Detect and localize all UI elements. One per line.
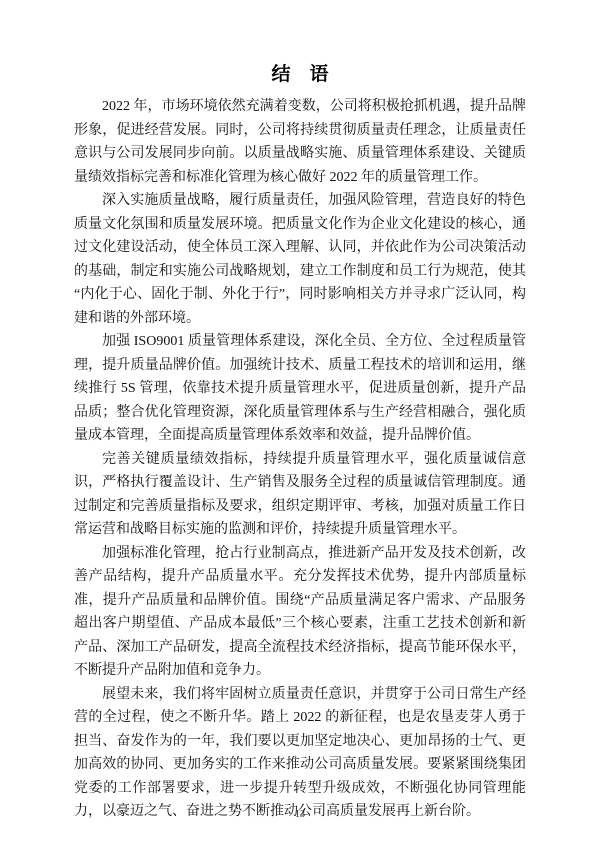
paragraph: 完善关键质量绩效指标，持续提升质量管理水平，强化质量诚信意识，严格执行覆盖设计、… [74, 448, 526, 542]
paragraph: 深入实施质量战略，履行质量责任，加强风险管理，营造良好的特色质量文化氛围和质量发… [74, 189, 526, 330]
document-body: 2022 年，市场环境依然充满着变数，公司将积极抢抓机遇，提升品牌形象，促进经营… [74, 95, 526, 824]
paragraph: 2022 年，市场环境依然充满着变数，公司将积极抢抓机遇，提升品牌形象，促进经营… [74, 95, 526, 189]
document-page: 结 语 2022 年，市场环境依然充满着变数，公司将积极抢抓机遇，提升品牌形象，… [0, 0, 600, 849]
paragraph: 展望未来，我们将牢固树立质量责任意识，并贯穿于公司日常生产经营的全过程，使之不断… [74, 683, 526, 824]
page-number: 13 [0, 808, 600, 822]
paragraph: 加强 ISO9001 质量管理体系建设，深化全员、全方位、全过程质量管理，提升质… [74, 330, 526, 448]
paragraph: 加强标准化管理，抢占行业制高点，推进新产品开发及技术创新，改善产品结构，提升产品… [74, 542, 526, 683]
page-title: 结 语 [74, 62, 526, 88]
